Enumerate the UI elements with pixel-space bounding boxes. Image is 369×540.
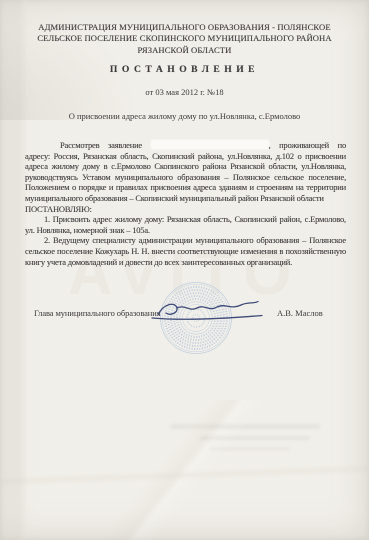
resolution-item-1: 1. Присвоить адрес жилому дому: Рязанска… [25,214,346,235]
bleed-through-text [210,447,290,451]
header-line-3: РЯЗАНСКОЙ ОБЛАСТИ [12,45,357,56]
paragraph-preamble: Рассмотрев заявление , проживающей по ад… [25,140,346,204]
signature-name: А.В. Маслов [277,308,323,318]
document-title: ПОСТАНОВЛЕНИЕ [0,64,369,75]
paper-crease [0,455,369,495]
header-line-1: АДМИНИСТРАЦИЯ МУНИЦИПАЛЬНОГО ОБРАЗОВАНИЯ… [12,22,357,33]
document-body: Рассмотрев заявление , проживающей по ад… [25,140,346,267]
header-line-2: СЕЛЬСКОЕ ПОСЕЛЕНИЕ СКОПИНСКОГО МУНИЦИПАЛ… [12,33,357,44]
preamble-before-redaction: Рассмотрев заявление [60,140,142,150]
paper-crease [0,400,369,540]
paper-shadow [0,0,140,120]
document-date: от 03 мая 2012 г. №18 [0,87,369,97]
handwritten-signature [148,296,278,328]
resolution-item-2: 2. Ведущему специалисту администрации му… [25,235,346,267]
bleed-through-text [200,436,310,440]
document-header: АДМИНИСТРАЦИЯ МУНИЦИПАЛЬНОГО ОБРАЗОВАНИЯ… [12,22,357,56]
signature-role-label: Глава муниципального образования [34,308,161,318]
bleed-through-text [170,424,320,429]
redacted-applicant-name [151,140,269,149]
scanned-document-page: AVITO АДМИНИСТРАЦИЯ МУНИЦИПАЛЬНОГО ОБРАЗ… [0,0,369,540]
document-subject: О присвоении адреса жилому дому по ул.Но… [0,111,369,121]
resolution-word: ПОСТАНОВЛЯЮ: [25,204,346,215]
